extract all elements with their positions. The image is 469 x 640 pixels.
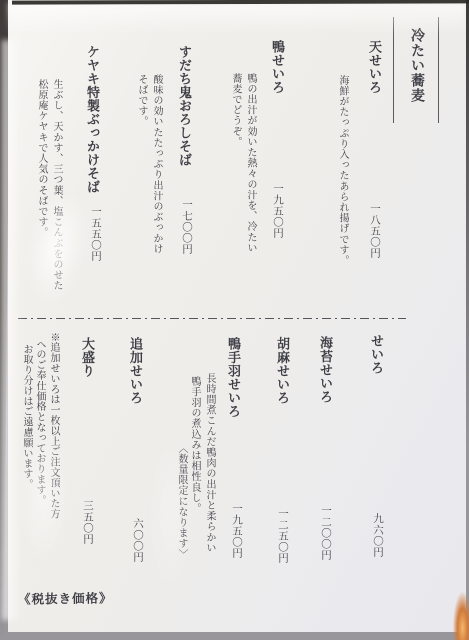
item-desc-line: 酸味の効いたたっぷり出汁のぶっかけ (149, 74, 164, 254)
item-desc: 酸味の効いたたっぷり出汁のぶっかけ そばです。 (134, 74, 164, 254)
item-desc-line: 〈数量限定になります〉 (174, 443, 188, 560)
item-name: 天せいろ (366, 40, 382, 94)
section-divider (18, 318, 406, 319)
item-desc-line: そばです。 (134, 74, 149, 254)
item-desc-line: 松原庵ケヤキで人気のそばです。 (34, 79, 49, 291)
item-price: 一八五〇円 (367, 203, 381, 259)
item-desc-line: 海鮮がたっぷり入ったあられ揚げです。 (335, 75, 349, 266)
footnote-line: へのご奉仕価格となっております。 (33, 339, 46, 505)
item-desc-line: 生ぶし、天かす、三つ葉、塩こんぶをのせた (49, 79, 64, 291)
item-desc: 鴨の出汁が効いた熱々の汁を、冷たい 蕎麦でどうぞ。 (228, 73, 258, 253)
item-name: すだち鬼おろしそば (176, 45, 192, 167)
item-price: 一九五〇円 (229, 503, 243, 559)
item-desc-line: 鴨手羽の煮込みは相性良し。 (187, 376, 201, 514)
menu-photo: 冷たい蕎麦 天せいろ 一八五〇円 海鮮がたっぷり入ったあられ揚げです。 鴨せいろ… (0, 0, 469, 640)
footnote-line: お取り分けはご遠慮願います。 (20, 344, 33, 490)
item-price: 一七〇〇円 (179, 199, 193, 255)
menu-paper: 冷たい蕎麦 天せいろ 一八五〇円 海鮮がたっぷり入ったあられ揚げです。 鴨せいろ… (8, 0, 466, 632)
footnote-line: ※追加せいろは一枚以上ご注文頂いた方 (47, 332, 60, 519)
item-desc-line: 蕎麦でどうぞ。 (228, 73, 243, 253)
item-price: 一二五〇円 (275, 508, 289, 564)
item-name: 胡麻せいろ (274, 337, 290, 405)
item-price: 一二〇〇円 (318, 505, 332, 561)
item-price: 九六〇円 (370, 513, 384, 557)
item-name: 海苔せいろ (317, 336, 333, 404)
item-price: 三五〇円 (80, 500, 94, 544)
cold-section-title: 冷たい蕎麦 (406, 28, 426, 123)
item-name: せいろ (368, 334, 384, 375)
tax-note: 《税抜き価格》 (18, 588, 113, 607)
item-name: ケヤキ特製ぶっかけそば (84, 45, 100, 194)
item-desc-line: 長時間煮こんだ鴨肉の出汁と柔らかい (202, 373, 216, 553)
item-price: 六〇〇円 (130, 518, 144, 562)
item-desc-line: 鴨の出汁が効いた熱々の汁を、冷たい (243, 73, 258, 253)
item-name: 追加せいろ (127, 337, 143, 405)
item-name: 大盛り (79, 337, 95, 378)
item-name: 鴨せいろ (269, 40, 285, 94)
item-name: 鴨手羽せいろ (225, 337, 241, 418)
item-price: 一五五〇円 (88, 206, 102, 262)
item-price: 一九五〇円 (270, 183, 284, 239)
cold-section-title-box: 冷たい蕎麦 (393, 17, 439, 123)
corner-light-glow (453, 592, 469, 640)
menu-content: 冷たい蕎麦 天せいろ 一八五〇円 海鮮がたっぷり入ったあられ揚げです。 鴨せいろ… (8, 0, 466, 632)
item-desc: 生ぶし、天かす、三つ葉、塩こんぶをのせた 松原庵ケヤキで人気のそばです。 (34, 79, 64, 291)
